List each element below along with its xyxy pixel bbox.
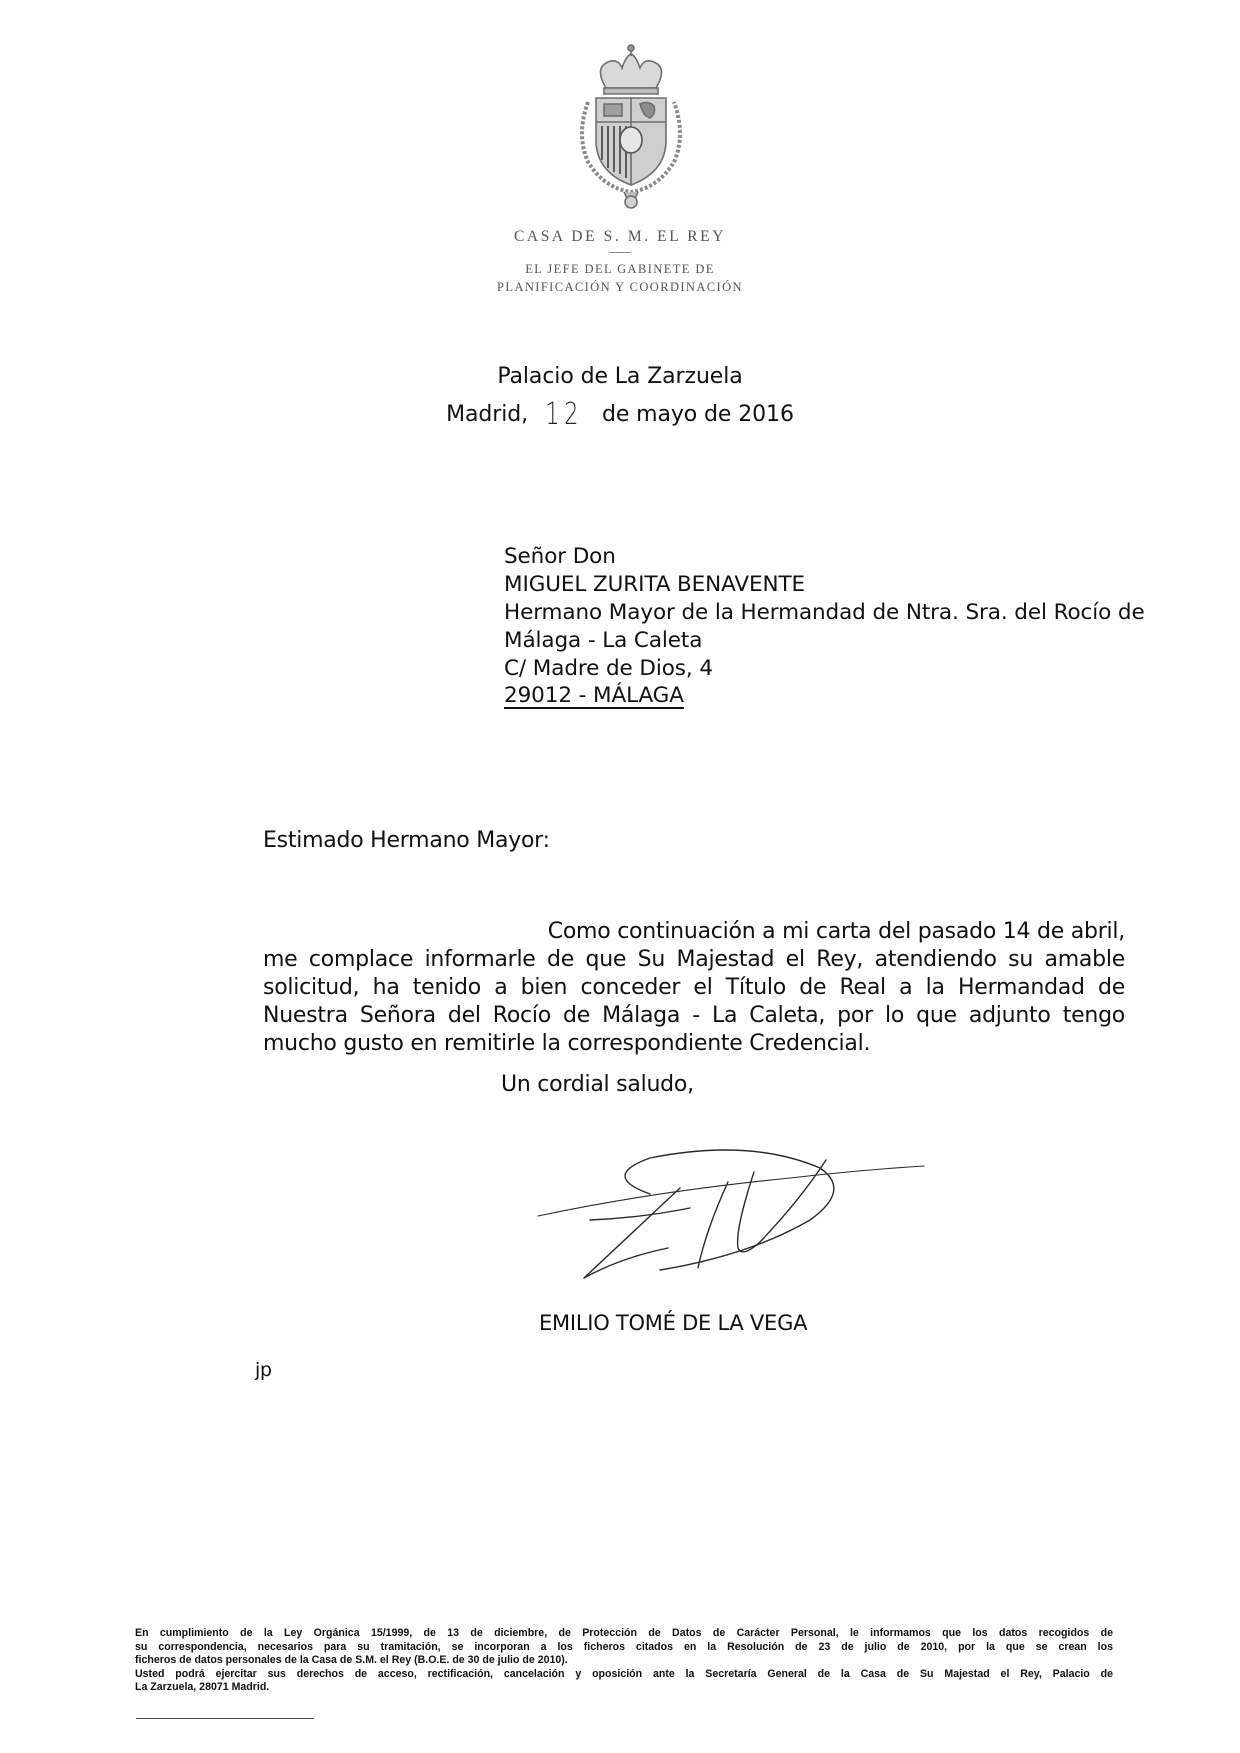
paragraph-line-1: Como continuación a mi carta del pasado …	[498, 919, 1125, 944]
notice-line-1: En cumplimiento de la Ley Orgánica 15/19…	[135, 1627, 1113, 1641]
greeting: Estimado Hermano Mayor:	[263, 828, 550, 853]
recipient-postal-city: 29012 - MÁLAGA	[504, 683, 684, 708]
handwritten-signature-icon	[530, 1130, 930, 1280]
letterhead-divider	[609, 252, 631, 253]
notice-line-4: Usted podrá ejercitar sus derechos de ac…	[135, 1668, 1113, 1682]
paragraph-line-4: Nuestra Señora del Rocío de Málaga - La …	[263, 1003, 1125, 1028]
footer-divider	[136, 1718, 314, 1719]
place-line: Palacio de La Zarzuela	[0, 364, 1240, 389]
data-protection-notice: En cumplimiento de la Ley Orgánica 15/19…	[135, 1627, 1113, 1695]
notice-line-3: ficheros de datos personales de la Casa …	[135, 1654, 1113, 1668]
royal-coat-of-arms-icon	[566, 40, 696, 212]
office-title-line-2: PLANIFICACIÓN Y COORDINACIÓN	[0, 280, 1240, 295]
institution-name: CASA DE S. M. EL REY	[0, 228, 1240, 246]
notice-line-2: su correspondencia, necesarios para su t…	[135, 1641, 1113, 1655]
recipient-street: C/ Madre de Dios, 4	[504, 656, 713, 681]
office-title-line-1: EL JEFE DEL GABINETE DE	[0, 262, 1240, 277]
recipient-name: MIGUEL ZURITA BENAVENTE	[504, 572, 805, 597]
paragraph-line-2: me complace informarle de que Su Majesta…	[263, 947, 1125, 972]
date-day-handwritten: 12	[545, 397, 583, 432]
notice-line-5: La Zarzuela, 28071 Madrid.	[135, 1681, 1113, 1695]
reference-initials: jp	[255, 1359, 272, 1381]
recipient-position-line-1: Hermano Mayor de la Hermandad de Ntra. S…	[504, 600, 1145, 625]
closing: Un cordial saludo,	[501, 1072, 694, 1097]
date-month-year: de mayo de 2016	[602, 402, 794, 427]
paragraph-line-5: mucho gusto en remitirle la correspondie…	[263, 1031, 870, 1056]
signer-name: EMILIO TOMÉ DE LA VEGA	[539, 1311, 807, 1335]
date-city: Madrid,	[446, 402, 528, 427]
date-line: Madrid, 12 de mayo de 2016	[0, 394, 1240, 429]
paragraph-line-3: solicitud, ha tenido a bien conceder el …	[263, 975, 1125, 1000]
recipient-position-line-2: Málaga - La Caleta	[504, 628, 702, 653]
recipient-title: Señor Don	[504, 544, 616, 569]
